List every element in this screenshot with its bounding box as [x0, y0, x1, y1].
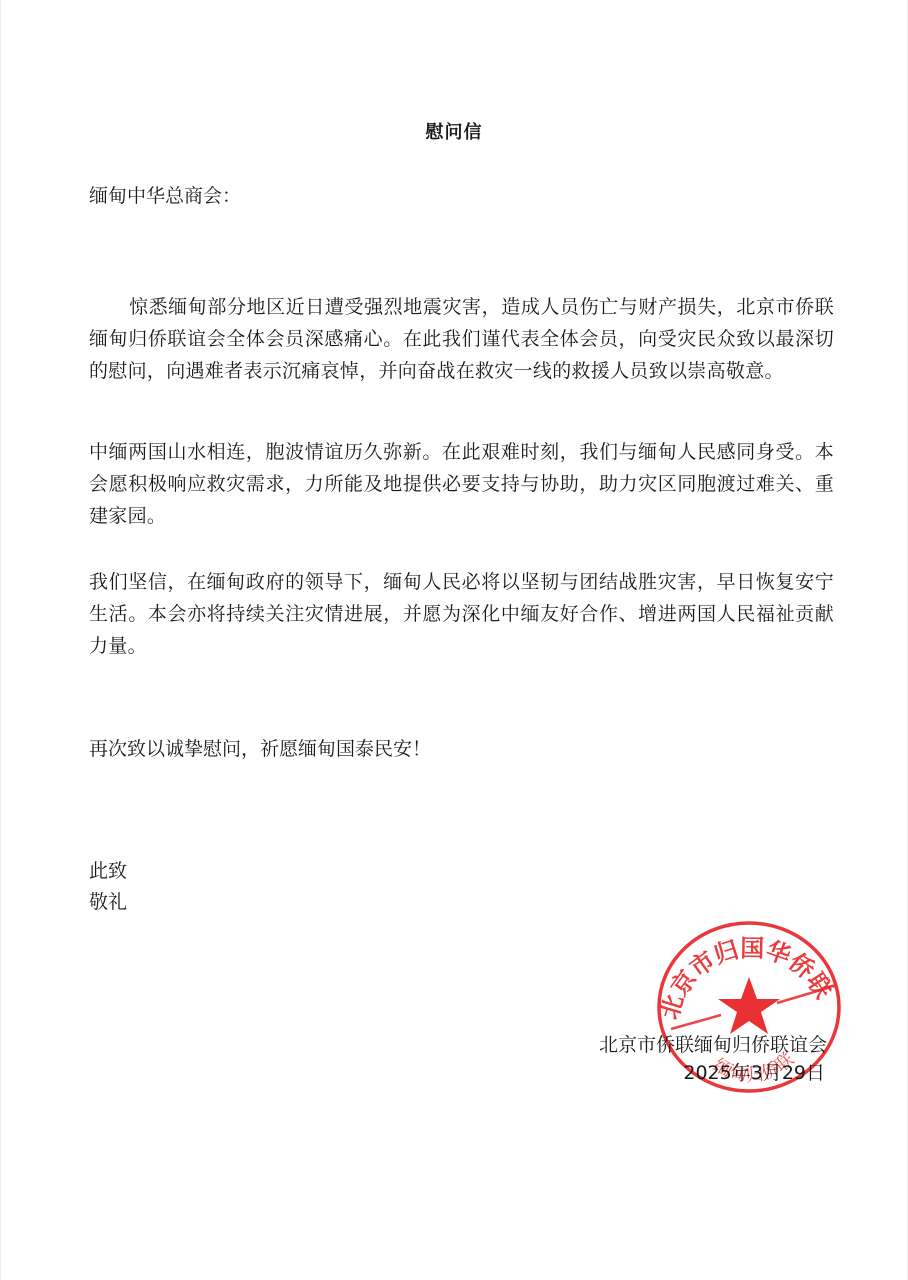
valediction-jing-li: 敬礼 — [89, 887, 127, 918]
valediction-ci-zhi: 此致 — [89, 856, 127, 887]
letter-page: 慰问信 缅甸中华总商会： 惊悉缅甸部分地区近日遭受强烈地震灾害，造成人员伤亡与财… — [0, 0, 908, 1280]
paragraph-2: 中缅两国山水相连，胞波情谊历久弥新。在此艰难时刻，我们与缅甸人民感同身受。本会愿… — [89, 436, 834, 532]
signer-name: 北京市侨联缅甸归侨联谊会 — [599, 1030, 827, 1057]
valediction: 此致 敬礼 — [89, 856, 127, 918]
letter-title: 慰问信 — [1, 118, 907, 144]
salutation: 缅甸中华总商会： — [89, 181, 241, 208]
paragraph-1: 惊悉缅甸部分地区近日遭受强烈地震灾害，造成人员伤亡与财产损失，北京市侨联缅甸归侨… — [89, 291, 834, 387]
paragraph-3: 我们坚信，在缅甸政府的领导下，缅甸人民必将以坚韧与团结战胜灾害，早日恢复安宁生活… — [89, 566, 834, 662]
closing-line: 再次致以诚挚慰问，祈愿缅甸国泰民安！ — [89, 734, 431, 761]
letter-date: 2025年3月29日 — [683, 1058, 825, 1085]
star-icon — [718, 977, 780, 1034]
